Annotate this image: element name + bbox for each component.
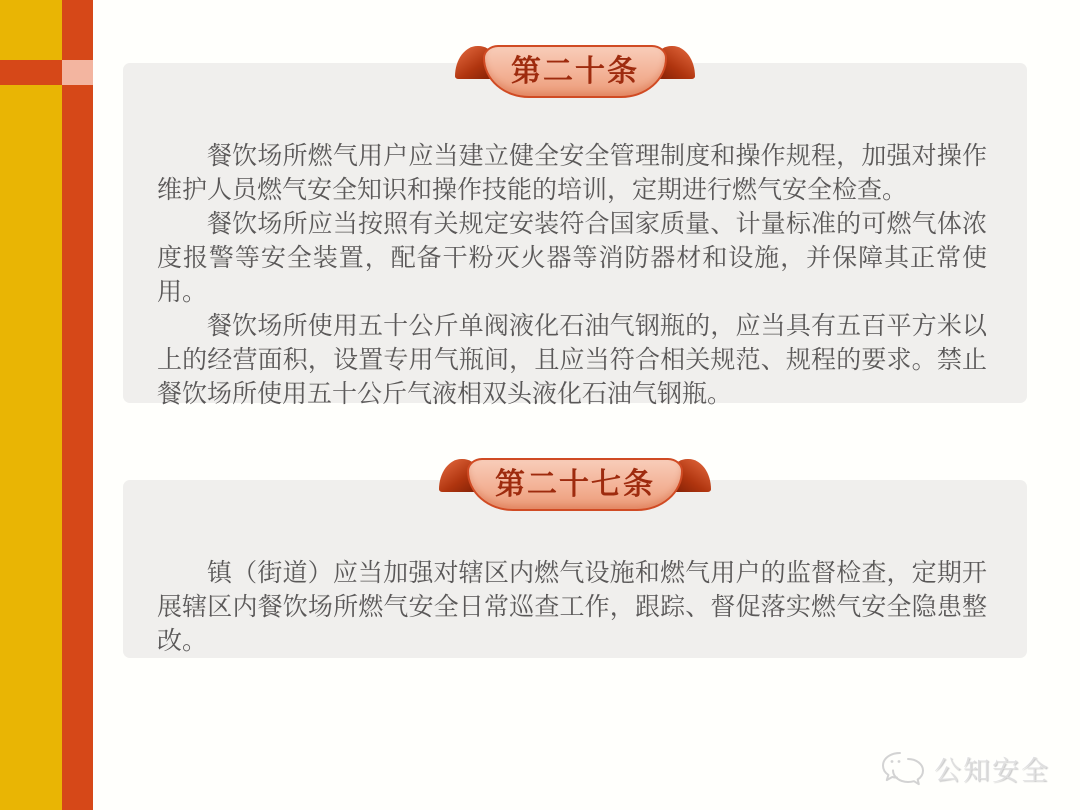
article-20-card: 餐饮场所燃气用户应当建立健全安全管理制度和操作规程，加强对操作维护人员燃气安全知… [123, 63, 1027, 403]
article-27-section: 镇（街道）应当加强对辖区内燃气设施和燃气用户的监督检查，定期开展辖区内餐饮场所燃… [123, 458, 1027, 658]
article-27-ribbon: 第二十七条 [439, 458, 711, 516]
left-orange-bar [62, 0, 93, 810]
article-20-paragraph-1: 餐饮场所燃气用户应当建立健全安全管理制度和操作规程，加强对操作维护人员燃气安全知… [157, 139, 987, 207]
article-20-paragraph-2: 餐饮场所应当按照有关规定安装符合国家质量、计量标准的可燃气体浓度报警等安全装置，… [157, 207, 987, 309]
article-20-ribbon-title: 第二十条 [483, 45, 667, 98]
article-20-ribbon: 第二十条 [455, 45, 695, 103]
slide-canvas: 餐饮场所燃气用户应当建立健全安全管理制度和操作规程，加强对操作维护人员燃气安全知… [0, 0, 1080, 810]
article-20-paragraph-3: 餐饮场所使用五十公斤单阀液化石油气钢瓶的，应当具有五百平方米以上的经营面积，设置… [157, 309, 987, 411]
article-27-paragraph-1: 镇（街道）应当加强对辖区内燃气设施和燃气用户的监督检查，定期开展辖区内餐饮场所燃… [157, 556, 987, 658]
left-horizontal-orange-stripe [0, 60, 62, 85]
watermark-label: 公知安全 [934, 749, 1050, 788]
wechat-icon [879, 748, 927, 788]
left-yellow-bar [0, 0, 62, 810]
left-pink-square [62, 60, 93, 85]
article-27-ribbon-title: 第二十七条 [467, 458, 683, 511]
watermark: 公知安全 [879, 748, 1050, 788]
article-20-section: 餐饮场所燃气用户应当建立健全安全管理制度和操作规程，加强对操作维护人员燃气安全知… [123, 45, 1027, 403]
